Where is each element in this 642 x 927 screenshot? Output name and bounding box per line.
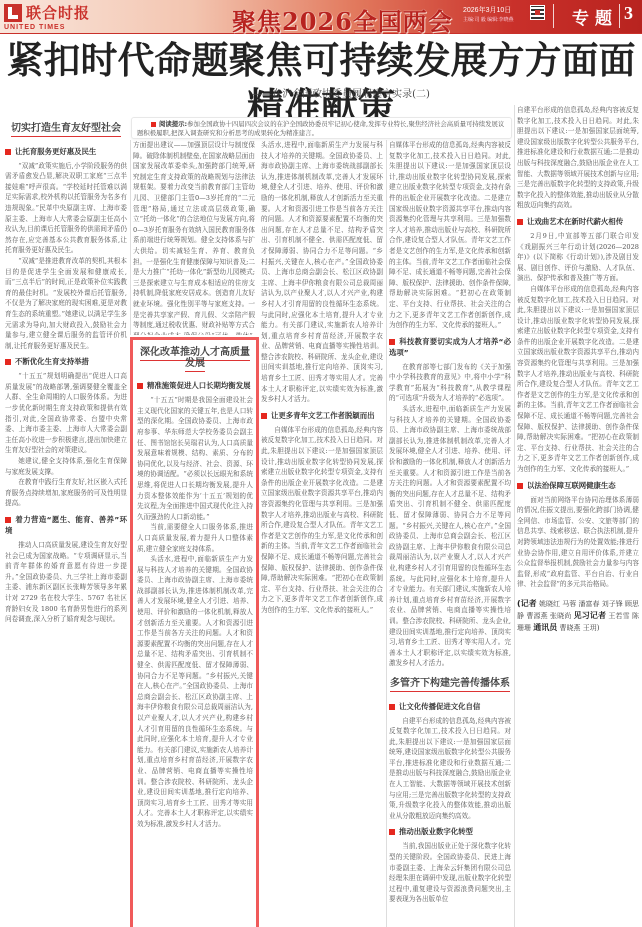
divider <box>553 4 554 28</box>
masthead: 联合时报 UNITED TIMES 聚焦2026全国两会 2026年3月10日 … <box>0 0 642 34</box>
paragraph: 自媒体平台形成的信息孤岛,经典内容被反复数字化加工,技术投入日日趋同。对此,朱胆… <box>517 284 639 475</box>
featured-article-box: 深化改革推动人才高质量发展 精准施策促进人口长期均衡发展 “十五五”时期是我国全… <box>130 337 259 927</box>
newspaper-logo-icon <box>4 4 22 22</box>
paragraph: 自建平台形成的信息孤岛,经典内容被反复数字化加工,技术投入日日趋同。对此,朱胆提… <box>389 716 511 822</box>
divider <box>619 4 620 28</box>
column-divider <box>386 140 387 927</box>
subsection-heading: 精准施策促进人口长期均衡发展 <box>137 380 253 391</box>
page-number: 3 <box>624 3 633 24</box>
paragraph: 自媒体平台形成的信息孤岛,经典内容被反复数字化加工,技术投入日日趋同。对此,朱胆… <box>261 425 383 616</box>
page-subheadline: ——在沪全国政协委员履职建言实录(二) <box>0 85 642 100</box>
paragraph: 头活水,进程中,面临新质生产力发展与科技人才培养的关键期。全国政协委员、上海市政… <box>137 554 253 829</box>
section-topic: 专题 <box>572 4 618 29</box>
paragraph: “十五五”时期是我国全面建设社会主义现代化国家的关键五年,也是人口转型的深化期。… <box>137 395 253 522</box>
red-square-icon <box>5 359 11 365</box>
section-title: 深化改革推动人才高质量发展 <box>137 348 253 372</box>
reporter-byline: (记者 姚晓红 马蓉 潘富春 刘子锋 顾思静 曹源燕 张晓尚 见习记者 王若雪 … <box>517 598 639 634</box>
red-square-icon <box>389 829 395 835</box>
article-tech-education: 自媒体平台形成的信息孤岛,经典内容被反复数字化加工,技术投入日日趋同。对此,朱胆… <box>389 140 511 927</box>
red-square-icon <box>389 704 395 710</box>
red-square-icon <box>151 122 156 127</box>
subsection-heading: 让托育服务更好惠及民生 <box>5 146 127 157</box>
issue-date: 2026年3月10日 <box>463 5 511 15</box>
reading-tip-text: 参加全国政协十四届四次会议的在沪全国政协委员牢记初心使命,发挥专业特长,聚焦经济… <box>137 120 504 137</box>
red-square-icon <box>5 517 11 523</box>
subsection-heading: 让更多青年文艺工作者脱颖而出 <box>261 410 383 421</box>
paragraph: 2月9日,中宣部等五部门联合印发《戏剧振兴三年行动计划(2026—2028年)》… <box>517 231 639 284</box>
red-square-icon <box>137 383 143 389</box>
column-divider <box>130 140 131 335</box>
brand-name-en: UNITED TIMES <box>4 24 65 31</box>
red-square-icon <box>517 219 523 225</box>
subsection-heading: 推动出版业数字化转型 <box>389 826 511 837</box>
paragraph: 她建议,健全支持体系,强化生育保障与家庭发展支撑。 <box>5 456 127 477</box>
paragraph: 自媒体平台形成的信息孤岛,经典内容被反复数字化加工,技术投入日日趋同。对此,朱胆… <box>389 140 511 331</box>
red-square-icon <box>5 149 11 155</box>
section-title: 切实打造生育友好型社会 <box>5 124 127 138</box>
subsection-heading: 科技教育要切实成为人才培养“必选项” <box>389 336 511 358</box>
paragraph: 头活水,进程中,面临新质生产力发展与科技人才培养的关键期。全国政协委员、上海市政… <box>389 404 511 669</box>
reading-tip-box: 阅读提示:参加全国政协十四届四次会议的在沪全国政协委员牢记初心使命,发挥专业特长… <box>131 117 512 139</box>
paragraph: 当前,需要健全人口服务体系,推进人口高质量发展,着力提升人口整体素质,建立健全家… <box>137 522 253 554</box>
paragraph: 面对当前网络平台协同治理体系薄弱的情况,住振文提出,要强化跨部门协调,健全网信、… <box>517 495 639 590</box>
paragraph: 在教育中践行生育友好,社区嵌入式托育服务点持续增加,家庭服务的可及性明显提高。 <box>5 477 127 509</box>
subsection-heading: 让戏曲艺术在新时代薪火相传 <box>517 216 639 227</box>
article-continuation: 方面提出建议——加强顶层设计与制度保障。破除体制机制壁垒,在国家战略层面由国家发… <box>133 140 255 335</box>
red-square-icon <box>261 413 267 419</box>
paragraph: 推动人口高质量发展,建设生育友好型社会已成为国家战略。“专项调研显示,当前青年群… <box>5 540 127 625</box>
reading-tip-label: 阅读提示: <box>159 120 187 128</box>
paragraph: 在教育部等七部门发布的《关于加强中小学科技教育的意见》中,将中小学“科学教育”拓… <box>389 362 511 404</box>
paragraph: “双减”政策实施后,小学阶段服务的供需矛盾愈发凸显,解决双职工家庭“三点半接娃难… <box>5 161 127 256</box>
paragraph: 自建平台形成的信息孤岛,经典内容被反复数字化加工,技术投入日日趋同。对此,朱胆提… <box>517 105 639 211</box>
paragraph: 方面提出建议——加强顶层设计与制度保障。破除体制机制壁垒,在国家战略层面由国家发… <box>133 140 255 335</box>
article-talent-continuation: 头活水,进程中,面临新质生产力发展与科技人才培养的关键期。全国政协委员、上海市政… <box>261 140 383 927</box>
paragraph: 当前,我国出版业正处于深化数字化转型的关键阶段。全国政协委员、民进上海市委副主委… <box>389 841 511 905</box>
focus-banner-title: 聚焦2026全国两会 <box>232 2 453 37</box>
brand-name-cn: 联合时报 <box>26 2 90 23</box>
article-culture-communication: 自建平台形成的信息孤岛,经典内容被反复数字化加工,技术投入日日趋同。对此,朱胆提… <box>517 105 639 925</box>
section-title: 多管齐下构建完善传播体系 <box>389 679 511 693</box>
article-birth-friendly-society: 切实打造生育友好型社会 让托育服务更好惠及民生 “双减”政策实施后,小学阶段服务… <box>5 120 127 920</box>
subsection-heading: 不断优化生育支持举措 <box>5 356 127 367</box>
column-divider <box>514 105 515 927</box>
editor-credits: 主编:司 毅 编辑:李晓燕 <box>463 16 514 23</box>
red-square-icon <box>517 483 523 489</box>
subsection-heading: 着力营造“愿生、能育、善养”环境 <box>5 514 127 536</box>
subsection-heading: 让文化传播促进文化自信 <box>389 701 511 712</box>
qr-code-icon[interactable] <box>530 5 545 20</box>
subsection-heading: 以法治保障互联网健康生态 <box>517 480 639 491</box>
paragraph: “双减”是推进教育改革的契机,其根本目的是促进学生全面发展和健康成长,而“三点半… <box>5 256 127 351</box>
paragraph: “十五五”规划明确提出“促进人口高质量发展”的战略部署,强调要健全覆盖全人群、全… <box>5 371 127 456</box>
red-square-icon <box>389 339 395 345</box>
paragraph: 头活水,进程中,面临新质生产力发展与科技人才培养的关键期。全国政协委员、上海市政… <box>261 140 383 405</box>
